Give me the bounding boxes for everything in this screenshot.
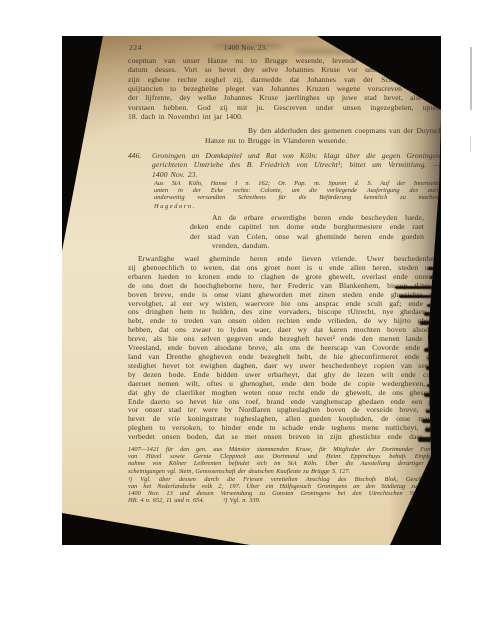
entry-446-regest-block: 446. Groningen an Domkapitel und Rat von… [128,151,440,181]
book-page: 224 1400 Nov. 23. coepman van unser Hanz… [62,36,441,545]
ink-smudge [420,321,441,325]
source-note: Aus StA Köln, Hanse I n. 162; Or. Pap. m… [154,180,440,202]
letter-address: An de erbare erwerdighe heren ende besch… [190,213,424,250]
ink-smudge [429,402,441,406]
page-edge-line [470,47,472,110]
ink-smudge [428,357,441,360]
ink-smudge [432,330,441,333]
page-edge-line [470,136,472,152]
ink-smudge [430,488,440,491]
ink-smudge [427,384,441,387]
page-header: 224 1400 Nov. 23. [128,43,440,53]
ink-smudge [424,348,441,352]
entry-number: 446. [128,151,141,160]
letter-body: Erwardighe wael gheminde heren ende liev… [128,255,440,442]
entry-regest: Groningen an Domkapitel und Rat von Köln… [152,151,440,179]
ink-smudge [424,312,441,316]
ink-smudge [422,419,441,423]
letter-continuation-paragraph: coepman van unser Hanze nu to Brugge wes… [128,56,440,121]
scanned-book-photo: 224 1400 Nov. 23. coepman van unser Hanz… [62,36,441,545]
ink-smudge [433,450,441,453]
ink-smudge [399,295,441,298]
ink-smudge [430,276,441,279]
signature-line-1: By den alderluden des gemenen coepmans v… [248,126,441,135]
ink-smudge [424,393,441,397]
ink-smudge [426,366,441,370]
ink-smudge [418,437,441,442]
ink-smudge [426,410,441,413]
footnote-continuation: 1407—1421 für den gen. aus Münster stamm… [128,446,440,475]
footnote-1-and-2: ¹) Vgl. über dessen durch die Friesen ve… [128,476,440,505]
ink-smudge [427,304,441,307]
ink-smudge [428,267,441,270]
ink-smudge [429,339,441,342]
ink-smudge [431,375,441,378]
source-note-signature: Hagedorn. [154,203,196,210]
running-head: 1400 Nov. 23. [224,44,268,52]
ink-smudge [395,286,441,289]
ink-smudge [432,457,441,460]
page-number: 224 [129,43,142,52]
signature-line-2: Hanze nu to Brugge in Vlanderen wesende. [205,136,347,145]
ink-smudge [425,428,441,432]
